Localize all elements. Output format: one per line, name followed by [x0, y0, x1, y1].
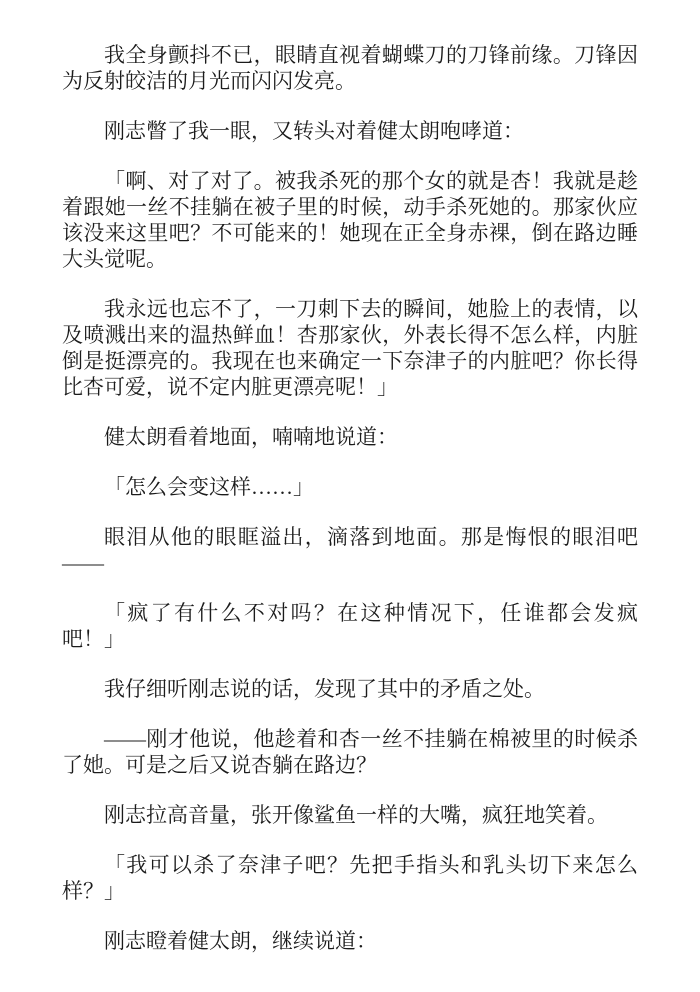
text-block: 我全身颤抖不已，眼睛直视着蝴蝶刀的刀锋前缘。刀锋因为反射皎洁的月光而闪闪发亮。 …: [62, 42, 638, 954]
paragraph: ——刚才他说，他趁着和杏一丝不挂躺在棉被里的时候杀了她。可是之后又说杏躺在路边？: [62, 726, 638, 778]
paragraph: 眼泪从他的眼眶溢出，滴落到地面。那是悔恨的眼泪吧——: [62, 524, 638, 576]
paragraph: 「怎么会变这样……」: [62, 474, 638, 500]
paragraph: 「我可以杀了奈津子吧？先把手指头和乳头切下来怎么样？」: [62, 852, 638, 904]
paragraph: 「啊、对了对了。被我杀死的那个女的就是杏！我就是趁着跟她一丝不挂躺在被子里的时候…: [62, 168, 638, 272]
paragraph: 刚志瞪着健太朗，继续说道：: [62, 928, 638, 954]
paragraph: 刚志瞥了我一眼，又转头对着健太朗咆哮道：: [62, 118, 638, 144]
paragraph: 「疯了有什么不对吗？在这种情况下，任谁都会发疯吧！」: [62, 600, 638, 652]
paragraph: 健太朗看着地面，喃喃地说道：: [62, 424, 638, 450]
paragraph: 我永远也忘不了，一刀刺下去的瞬间，她脸上的表情，以及喷溅出来的温热鲜血！杏那家伙…: [62, 296, 638, 400]
book-page: 我全身颤抖不已，眼睛直视着蝴蝶刀的刀锋前缘。刀锋因为反射皎洁的月光而闪闪发亮。 …: [0, 0, 700, 992]
paragraph: 我仔细听刚志说的话，发现了其中的矛盾之处。: [62, 676, 638, 702]
paragraph: 我全身颤抖不已，眼睛直视着蝴蝶刀的刀锋前缘。刀锋因为反射皎洁的月光而闪闪发亮。: [62, 42, 638, 94]
paragraph: 刚志拉高音量，张开像鲨鱼一样的大嘴，疯狂地笑着。: [62, 802, 638, 828]
